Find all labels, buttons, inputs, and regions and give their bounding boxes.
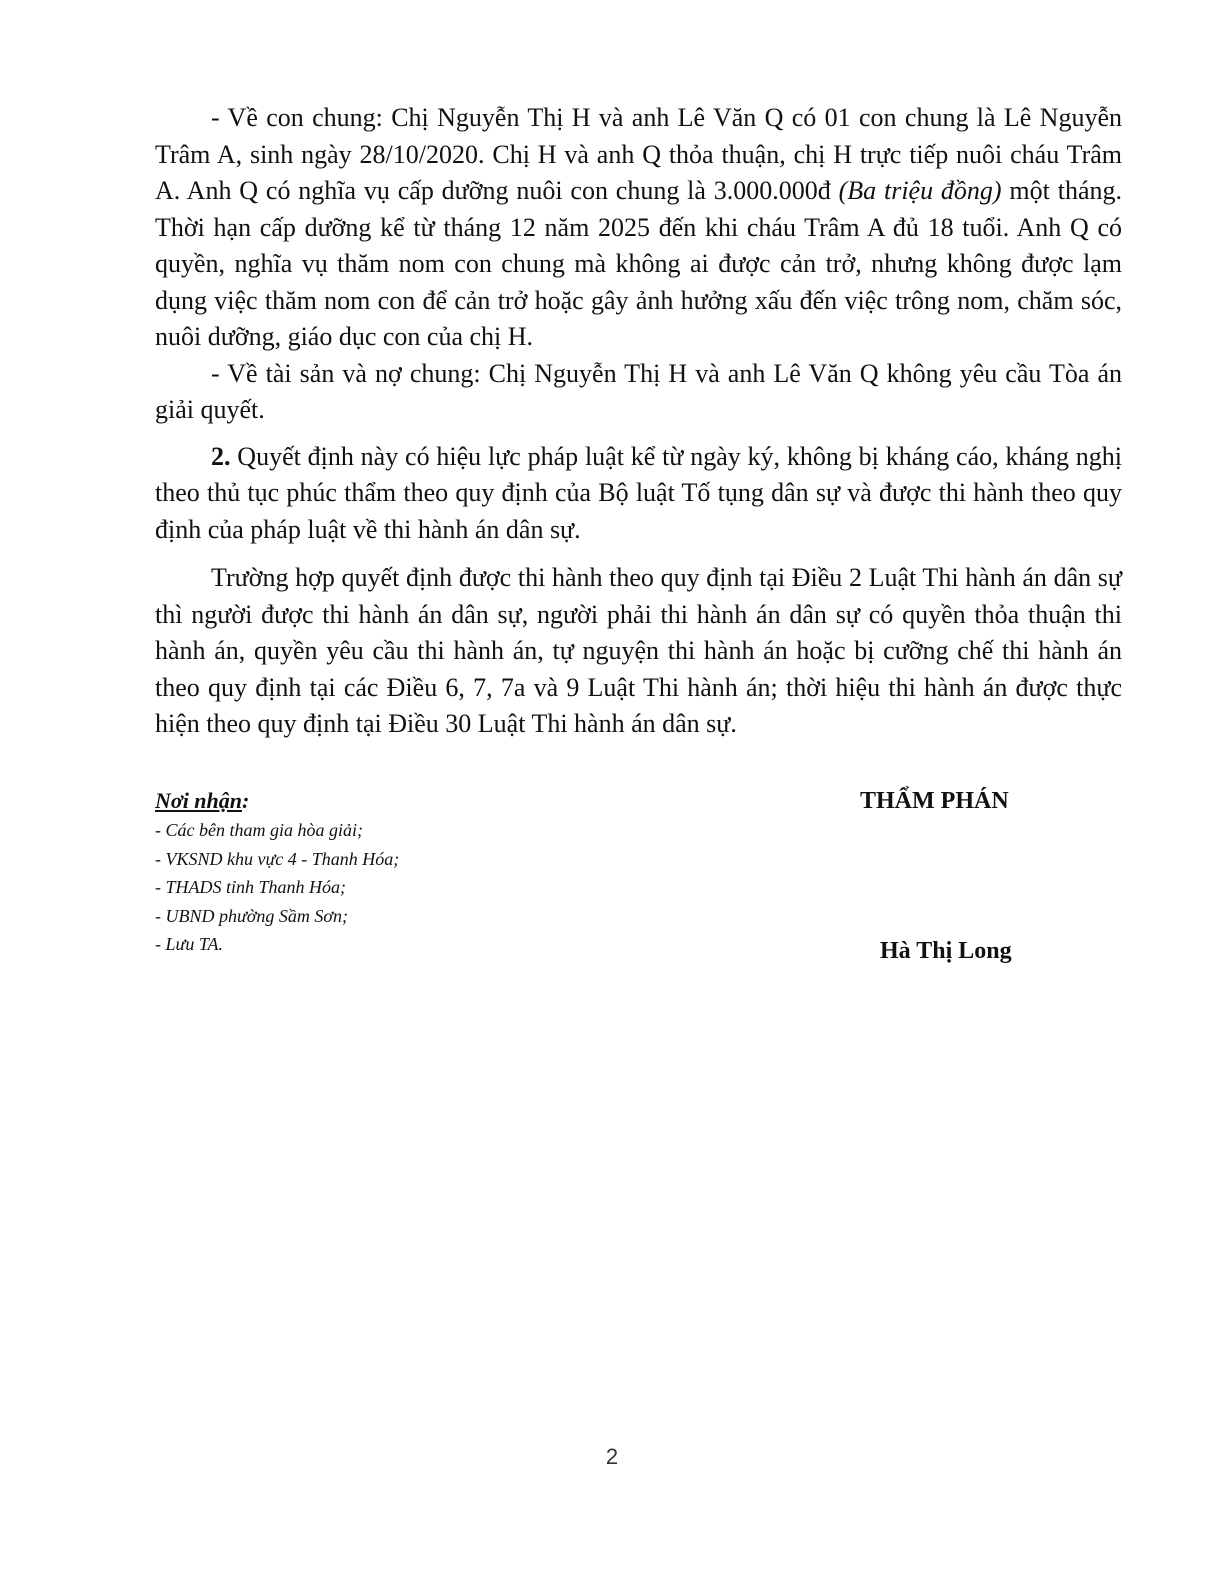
- recipients-title-text: Nơi nhận: [155, 788, 242, 813]
- recipient-item: - THADS tỉnh Thanh Hóa;: [155, 873, 399, 902]
- recipient-item: - Lưu TA.: [155, 930, 399, 959]
- section-number: 2.: [211, 442, 231, 471]
- paragraph-effect: 2. Quyết định này có hiệu lực pháp luật …: [155, 439, 1122, 549]
- recipients-block: Nơi nhận: - Các bên tham gia hòa giải; -…: [155, 786, 399, 959]
- recipient-item: - Các bên tham gia hòa giải;: [155, 816, 399, 845]
- recipients-title: Nơi nhận:: [155, 786, 399, 816]
- paragraph-enforcement: Trường hợp quyết định được thi hành theo…: [155, 560, 1122, 743]
- document-body: - Về con chung: Chị Nguyễn Thị H và anh …: [155, 100, 1122, 743]
- recipient-item: - UBND phường Sầm Sơn;: [155, 902, 399, 931]
- effect-text: Quyết định này có hiệu lực pháp luật kể …: [155, 442, 1122, 544]
- recipient-item: - VKSND khu vực 4 - Thanh Hóa;: [155, 845, 399, 874]
- document-footer: Nơi nhận: - Các bên tham gia hòa giải; -…: [155, 786, 1122, 986]
- signer-title: THẨM PHÁN: [860, 786, 1009, 816]
- recipients-colon: :: [242, 788, 249, 813]
- page-number: 2: [0, 1444, 1224, 1470]
- amount-in-words: (Ba triệu đồng): [839, 176, 1002, 205]
- signer-name: Hà Thị Long: [880, 936, 1012, 966]
- paragraph-property: - Về tài sản và nợ chung: Chị Nguyễn Thị…: [155, 356, 1122, 429]
- paragraph-child-custody: - Về con chung: Chị Nguyễn Thị H và anh …: [155, 100, 1122, 356]
